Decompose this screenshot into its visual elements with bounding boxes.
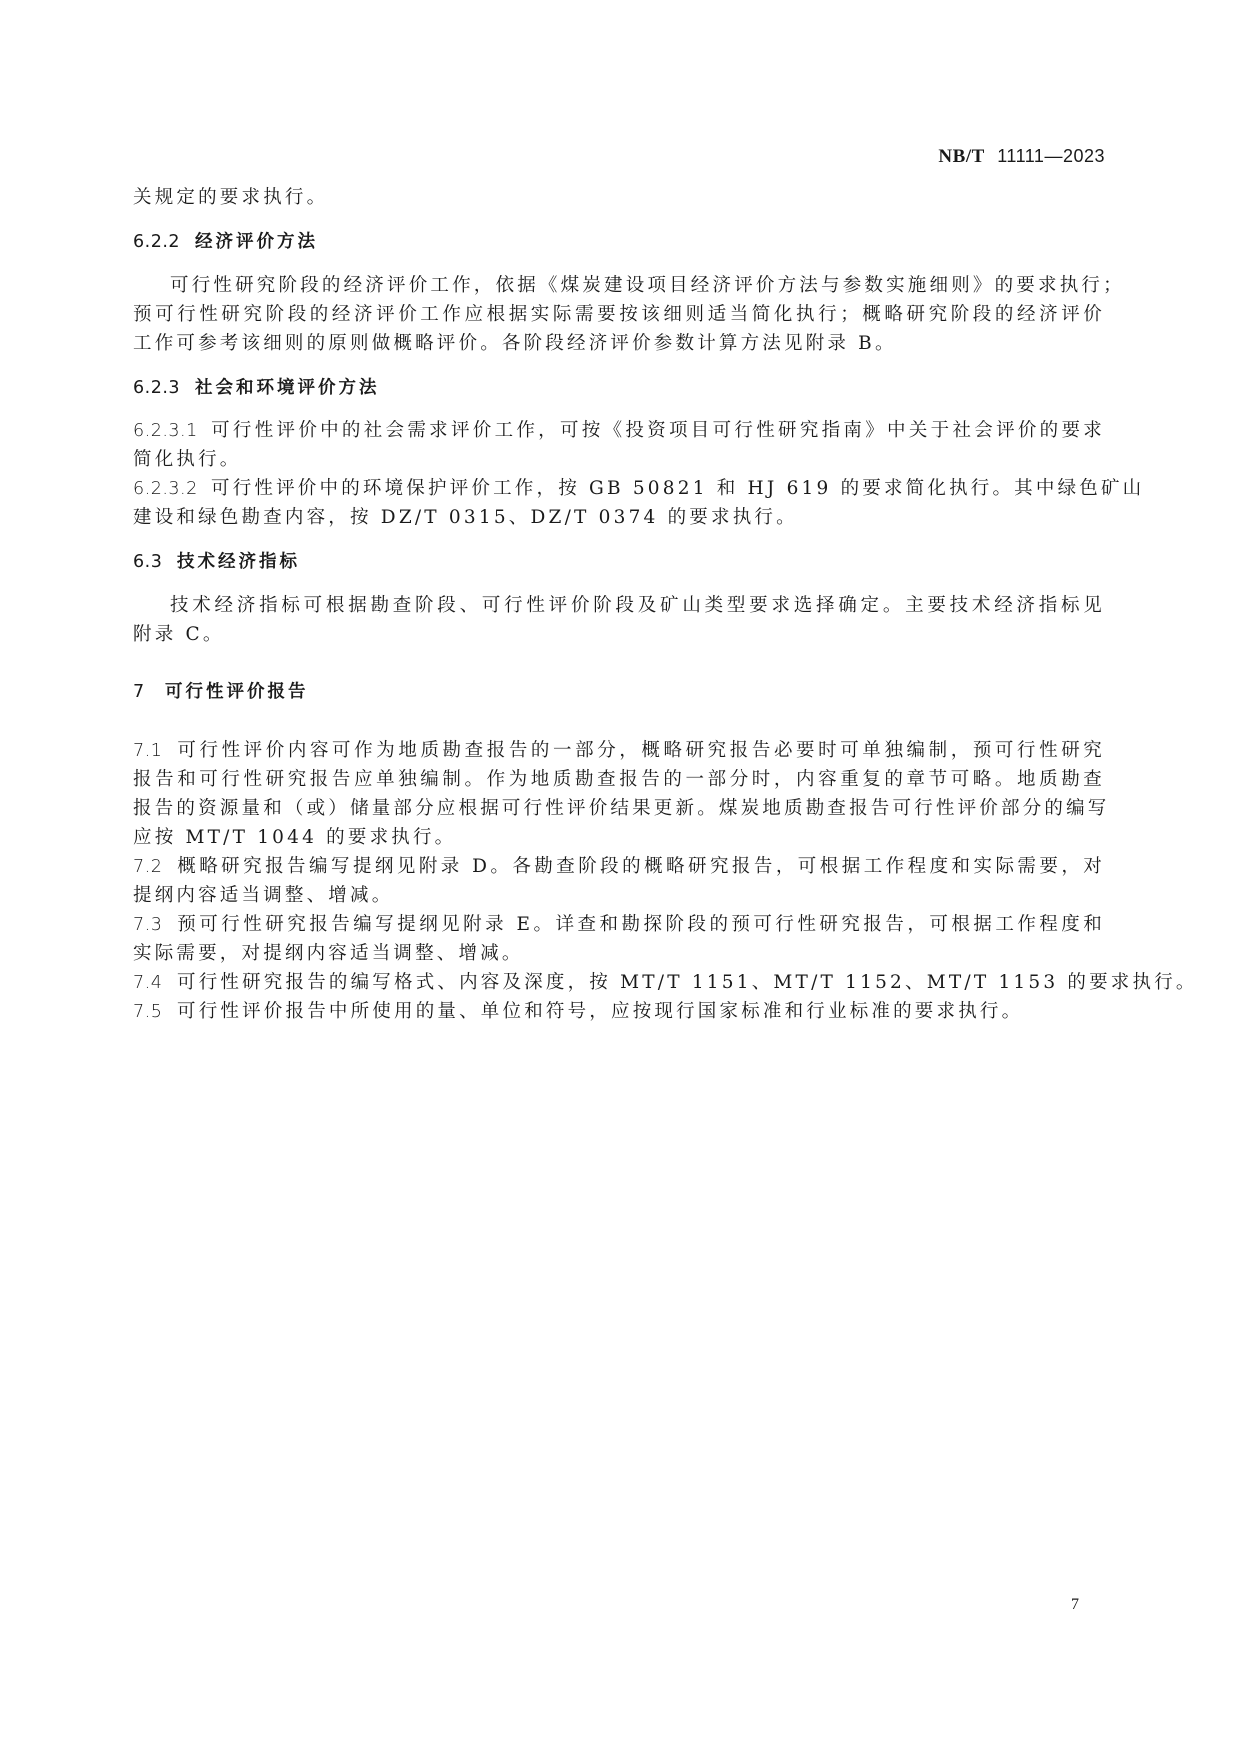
standard-prefix: NB/T xyxy=(938,146,984,167)
clause-text: 可行性评价中的社会需求评价工作，可按《投资项目可行性研究指南》中关于社会评价的要… xyxy=(211,420,1105,441)
clause-7-5-line: 7.5可行性评价报告中所使用的量、单位和符号，应按现行国家标准和行业标准的要求执… xyxy=(133,999,1105,1025)
clause-7-3-line: 7.3预可行性研究报告编写提纲见附录 E。详查和勘探阶段的预可行性研究报告，可根… xyxy=(133,912,1105,938)
section-number: 6.2.3 xyxy=(133,375,195,401)
clause-text: 预可行性研究报告编写提纲见附录 E。详查和勘探阶段的预可行性研究报告，可根据工作… xyxy=(177,914,1105,935)
clause-number: 6.2.3.2 xyxy=(133,476,211,502)
paragraph-line: 应按 MT/T 1044 的要求执行。 xyxy=(133,825,1105,851)
clause-number: 7.2 xyxy=(133,854,177,880)
section-number: 6.2.2 xyxy=(133,229,195,255)
section-title: 技术经济指标 xyxy=(177,552,300,572)
paragraph-line: 附录 C。 xyxy=(133,622,1105,648)
paragraph-line: 报告和可行性研究报告应单独编制。作为地质勘查报告的一部分时，内容重复的章节可略。… xyxy=(133,767,1105,793)
paragraph-line: 工作可参考该细则的原则做概略评价。各阶段经济评价参数计算方法见附录 B。 xyxy=(133,331,1105,357)
paragraph-line: 可行性研究阶段的经济评价工作，依据《煤炭建设项目经济评价方法与参数实施细则》的要… xyxy=(133,273,1105,299)
paragraph-line: 技术经济指标可根据勘查阶段、可行性评价阶段及矿山类型要求选择确定。主要技术经济指… xyxy=(133,593,1105,619)
paragraph-line: 预可行性研究阶段的经济评价工作应根据实际需要按该细则适当简化执行；概略研究阶段的… xyxy=(133,302,1105,328)
clause-text: 可行性研究报告的编写格式、内容及深度，按 MT/T 1151、MT/T 1152… xyxy=(177,972,1198,993)
clause-text: 可行性评价中的环境保护评价工作，按 GB 50821 和 HJ 619 的要求简… xyxy=(211,478,1144,499)
clause-7-1-line: 7.1可行性评价内容可作为地质勘查报告的一部分，概略研究报告必要时可单独编制，预… xyxy=(133,738,1105,764)
clause-7-4-line: 7.4可行性研究报告的编写格式、内容及深度，按 MT/T 1151、MT/T 1… xyxy=(133,970,1105,996)
paragraph-line: 提纲内容适当调整、增减。 xyxy=(133,883,1105,909)
section-heading-6-3: 6.3技术经济指标 xyxy=(133,549,1105,575)
chapter-heading-7: 7可行性评价报告 xyxy=(133,679,1105,705)
clause-text: 可行性评价内容可作为地质勘查报告的一部分，概略研究报告必要时可单独编制，预可行性… xyxy=(177,740,1105,761)
paragraph-line: 报告的资源量和（或）储量部分应根据可行性评价结果更新。煤炭地质勘查报告可行性评价… xyxy=(133,796,1105,822)
chapter-number: 7 xyxy=(133,679,165,705)
clause-number: 7.3 xyxy=(133,912,177,938)
section-heading-6-2-3: 6.2.3社会和环境评价方法 xyxy=(133,375,1105,401)
standard-code-header: NB/T 11111—2023 xyxy=(938,146,1105,168)
clause-number: 7.5 xyxy=(133,999,177,1025)
clause-text: 概略研究报告编写提纲见附录 D。各勘查阶段的概略研究报告，可根据工作程度和实际需… xyxy=(177,856,1105,877)
clause-number: 7.1 xyxy=(133,738,177,764)
page-number: 7 xyxy=(1071,1596,1079,1614)
section-title: 社会和环境评价方法 xyxy=(195,378,380,398)
continuation-text: 关规定的要求执行。 xyxy=(133,185,1105,211)
clause-text: 可行性评价报告中所使用的量、单位和符号，应按现行国家标准和行业标准的要求执行。 xyxy=(177,1001,1023,1022)
clause-7-2-line: 7.2概略研究报告编写提纲见附录 D。各勘查阶段的概略研究报告，可根据工作程度和… xyxy=(133,854,1105,880)
chapter-title: 可行性评价报告 xyxy=(165,682,309,702)
section-number: 6.3 xyxy=(133,549,177,575)
standard-number: 11111—2023 xyxy=(997,146,1105,166)
paragraph-line: 实际需要，对提纲内容适当调整、增减。 xyxy=(133,941,1105,967)
section-title: 经济评价方法 xyxy=(195,232,318,252)
clause-6-2-3-2-line: 6.2.3.2可行性评价中的环境保护评价工作，按 GB 50821 和 HJ 6… xyxy=(133,476,1105,502)
clause-number: 6.2.3.1 xyxy=(133,418,211,444)
clause-6-2-3-1-line: 6.2.3.1可行性评价中的社会需求评价工作，可按《投资项目可行性研究指南》中关… xyxy=(133,418,1105,444)
paragraph-line: 简化执行。 xyxy=(133,447,1105,473)
section-heading-6-2-2: 6.2.2经济评价方法 xyxy=(133,229,1105,255)
clause-number: 7.4 xyxy=(133,970,177,996)
paragraph-line: 建设和绿色勘查内容，按 DZ/T 0315、DZ/T 0374 的要求执行。 xyxy=(133,505,1105,531)
